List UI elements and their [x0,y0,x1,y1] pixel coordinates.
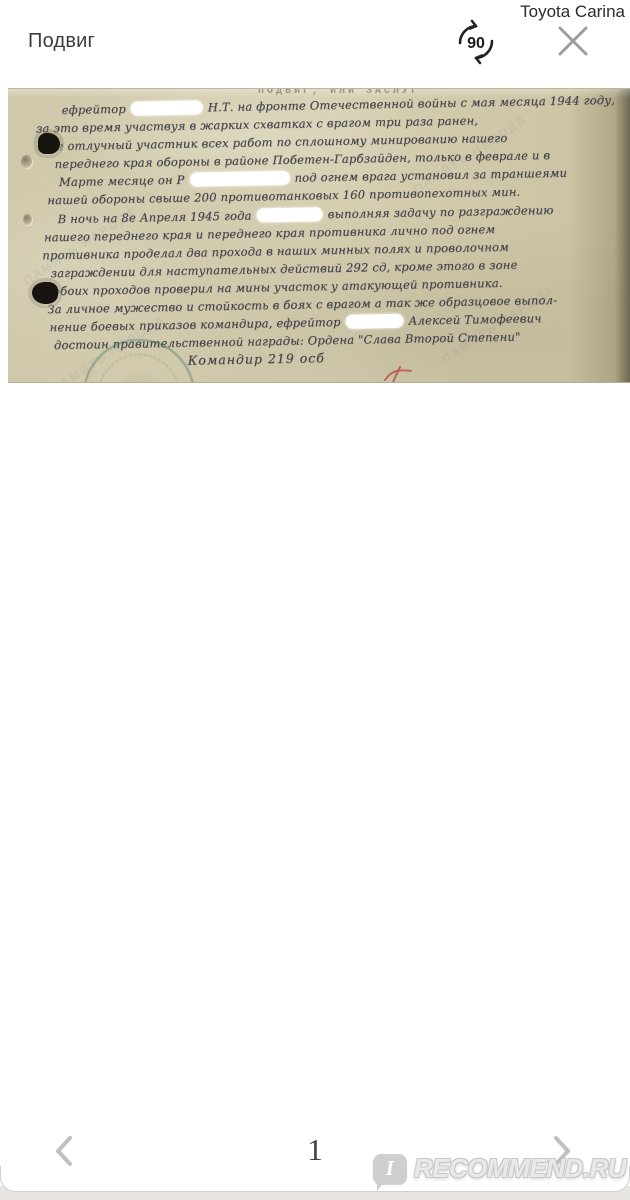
rotate-90-label: 90 [467,35,485,52]
punch-hole [32,282,58,304]
line-text: Марте месяце он Р [59,173,185,189]
redaction-mark [131,100,203,115]
handwritten-text-block: ефрейторН.Т. на фронте Отечественной вой… [8,91,630,374]
recommend-logo-icon: I [373,1154,407,1184]
line-text: ефрейтор [62,102,126,117]
punch-hole [38,133,60,154]
paper-dent [21,155,32,168]
redaction-mark [257,207,323,222]
redaction-mark [189,171,289,187]
recommend-watermark-label: RECOMMEND.RU [414,1153,626,1184]
line-text: под огнем врага установил за траншеями [294,166,567,185]
paper-dent [23,214,32,225]
recommend-logo-letter: I [373,1154,407,1184]
line-text: Алексей Тимофеевич [408,311,541,327]
rotate-90-icon: 90 [450,16,502,68]
line-text: В ночь на 8е Апреля 1945 года [58,208,252,226]
line-text: выполняя задачу по разграждению [328,203,554,221]
red-pen-mark [383,366,417,383]
recommend-watermark: I RECOMMEND.RU [373,1153,626,1184]
rotate-90-button[interactable]: 90 [450,16,502,68]
document-photo[interactable]: ПОДВИГ, ИЛИ ЗАСЛУГ ПАМЯТЬ НАРОДА ПАМЯТЬ … [8,88,630,383]
photo-title: Подвиг [28,30,95,53]
redaction-mark [345,314,403,329]
close-button[interactable] [550,20,596,64]
close-icon [554,22,592,60]
review-title: Toyota Carina [520,2,625,22]
photo-viewer: Подвиг Toyota Carina 90 ПОДВИГ, ИЛИ ЗАСЛ… [0,0,630,1200]
